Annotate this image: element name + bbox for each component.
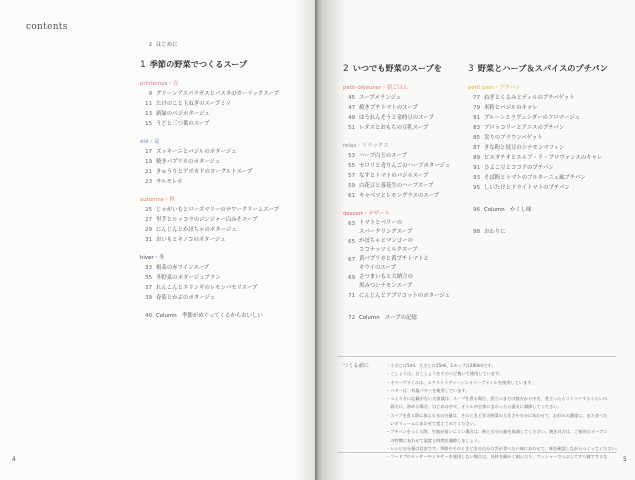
contents-heading: contents (26, 22, 68, 32)
toc-entry[interactable]: 45スープメランジェ (343, 93, 468, 103)
notes-label: つくる前に (343, 362, 369, 369)
toc-entry[interactable]: 71にんじんとアプリコットのポタージュ (343, 291, 468, 301)
toc-entry-column[interactable]: 72Column スープの記憶 (343, 313, 468, 323)
toc-entry-intro[interactable]: 2 はじめに (140, 40, 315, 50)
page-number-left: 4 (12, 456, 16, 463)
toc-entry[interactable]: 37れんこんとエリンギのレモンパセリスープ (140, 283, 315, 293)
chapter2-column: 2いつでも野菜のスープを petit-déjeuner・朝ごはん 45スープメラ… (343, 62, 468, 323)
notes-list: ・小さじは5ml、大さじは15ml、1カップは200mlです。 ・こしょうは、白… (386, 362, 618, 462)
toc-entry[interactable]: 95しいたけとドライトマトのプチパン (468, 183, 628, 193)
toc-entry-column[interactable]: 96Column かくし味 (468, 205, 628, 215)
toc-entry[interactable]: 9グリーンアスパラガスとパスタのガーリックスープ (140, 89, 315, 99)
toc-entry[interactable]: 81プルーンとラヴェンダーのフロマージュ (468, 113, 628, 123)
toc-entry[interactable]: 25じゃがいもとローズマリーのサワークリームスープ (140, 205, 315, 215)
entry-label: はじめに (156, 40, 178, 50)
note-item: ・小さじは5ml、大さじは15ml、1カップは200mlです。 (386, 362, 618, 370)
note-item: ・つくり方に記載がない火加減は、スープを煮る場合、煮立つまでは強火から中火、煮立… (386, 395, 618, 403)
toc-entry[interactable]: 31おいもとキノコのポタージュ (140, 235, 315, 245)
toc-entry[interactable]: 57なすとトマトのバジルスープ (343, 171, 468, 181)
toc-entry-column[interactable]: 40Column 季節がめぐってくるからおいしい (140, 311, 315, 321)
chapter3-title: 3野菜とハーブ＆スパイスのプチパン (468, 62, 628, 75)
toc-entry[interactable]: 19焼きパプリカのポタージュ (140, 157, 315, 167)
toc-entry[interactable]: 15うどと三つ葉のスープ (140, 119, 315, 129)
page-number-right: 5 (623, 456, 627, 463)
toc-entry[interactable]: 85実りのブラウンバゲット (468, 133, 628, 143)
note-item: ・オリーブオイルは、エクストラヴァージンオリーブオイルを使用しています。 (386, 379, 618, 387)
toc-entry[interactable]: 35冬野菜のポタージュブラン (140, 273, 315, 283)
toc-entry[interactable]: 13新緑のベジポタージュ (140, 109, 315, 119)
section-petit-dejeuner: petit-déjeuner・朝ごはん (343, 83, 468, 93)
toc-entry[interactable]: 93そば粉とトマトのブルターニュ風プチパン (468, 173, 628, 183)
toc-entry[interactable]: 53ハーブ白玉のスープ (343, 151, 468, 161)
section-petit-pain: petit pain・プチパン (468, 83, 628, 93)
toc-entry[interactable]: 91ひよこ豆とココアのプチパン (468, 163, 628, 173)
section-printemps: printemps・春 (140, 79, 315, 89)
toc-entry[interactable]: 83ブロッコリーとアニスのプチパン (468, 123, 628, 133)
toc-entry[interactable]: 59白花豆と落花生のハーブスープ (343, 181, 468, 191)
section-ete: été・夏 (140, 137, 315, 147)
note-item: ・スープを煮る際に加える水の分量は、そのときどきの野菜の大きさや水分にあわせて、… (386, 412, 618, 420)
note-item: ・フードプロセッサーやミキサーを使用しない場合は、具材を細かく刻んだり、マッシャ… (386, 453, 618, 461)
toc-entry[interactable]: 89ピスタチオとエルブ・ド・プロヴァンスのキャレ (468, 153, 628, 163)
chapter3-column: 3野菜とハーブ＆スパイスのプチパン petit pain・プチパン 77ねぎとく… (468, 62, 628, 237)
toc-entry[interactable]: 11たけのこと玉ねぎのスープミソ (140, 99, 315, 109)
toc-entry[interactable]: 65かぼちゃとマンゴーの ココナッツミルクスープ (343, 237, 468, 255)
toc-entry[interactable]: 55セロリと青りんごのハーブポタージュ (343, 161, 468, 171)
toc-entry[interactable]: 67黄パプリカと黄プチトマトと キウイのスープ (343, 255, 468, 273)
toc-entry[interactable]: 77ねぎとくるみとディルのプチバゲット (468, 93, 628, 103)
chapter1-column: 2 はじめに 1季節の野菜でつくるスープ printemps・春 9グリーンアス… (140, 40, 315, 321)
left-page: contents 2 はじめに 1季節の野菜でつくるスープ printemps・… (0, 0, 320, 480)
toc-entry[interactable]: 21きゅうりとアボカドのヨーグルトスープ (140, 167, 315, 177)
toc-entry[interactable]: 27里芋とルッコラのジンジャー白みそスープ (140, 215, 315, 225)
toc-entry[interactable]: 69さつまいもと大納言の 黒みつシナモンスープ (343, 273, 468, 291)
notes-divider-bottom (338, 452, 616, 453)
toc-entry[interactable]: 87きな粉と枝豆のシナモンマフィン (468, 143, 628, 153)
chapter2-title: 2いつでも野菜のスープを (343, 62, 468, 75)
note-item: ・プチパンをつくる際、生地が扱いにくい場合は、粉と水分の量を加減してください。焼… (386, 428, 618, 436)
note-item: いボリュームにあわせて変えてみてください。 (386, 420, 618, 428)
toc-entry[interactable]: 17ズッキーニとバジルのポタージュ (140, 147, 315, 157)
toc-entry[interactable]: 29にんじんとかぼちゃのポタージュ (140, 225, 315, 235)
toc-entry[interactable]: 33根菜の赤ワインスープ (140, 263, 315, 273)
toc-entry[interactable]: 61キャベツとレモングラスのスープ (343, 191, 468, 201)
note-item: ・こしょうは、白こしょうをそのつど挽いて使用しています。 (386, 370, 618, 378)
chapter1-title: 1季節の野菜でつくるスープ (140, 58, 315, 71)
toc-entry[interactable]: 51レタスとおもちの豆乳スープ (343, 123, 468, 133)
book-spread: contents 2 はじめに 1季節の野菜でつくるスープ printemps・… (0, 0, 635, 480)
toc-entry[interactable]: 23サルモレホ (140, 177, 315, 187)
toc-entry[interactable]: 39春菊とかぶのポタージュ (140, 293, 315, 303)
section-relax: relax・リラックス (343, 141, 468, 151)
note-item: 弱火に、炒める場合、はじめは中火、オイルが全体にまわったら弱火に調節してください… (386, 403, 618, 411)
section-hiver: hiver・冬 (140, 253, 315, 263)
notes-divider-top (338, 356, 616, 357)
section-dessert: dessert・デザート (343, 209, 468, 219)
toc-entry[interactable]: 79米粉とバジルのキャレ (468, 103, 628, 113)
page-number: 2 (140, 40, 152, 50)
note-item: ・バターは、有塩バターを使用しています。 (386, 387, 618, 395)
section-automne: automne・秋 (140, 195, 315, 205)
note-item: の特徴にあわせて温度と時間を調節しましょう。 (386, 437, 618, 445)
toc-entry-outro[interactable]: 98おわりに (468, 227, 628, 237)
toc-entry[interactable]: 47焼きプチトマトのスープ (343, 103, 468, 113)
toc-entry[interactable]: 49ほうれんそうと金時豆のスープ (343, 113, 468, 123)
book-spine (315, 0, 324, 480)
toc-entry[interactable]: 63トマトとベリーの スパークリングスープ (343, 219, 468, 237)
